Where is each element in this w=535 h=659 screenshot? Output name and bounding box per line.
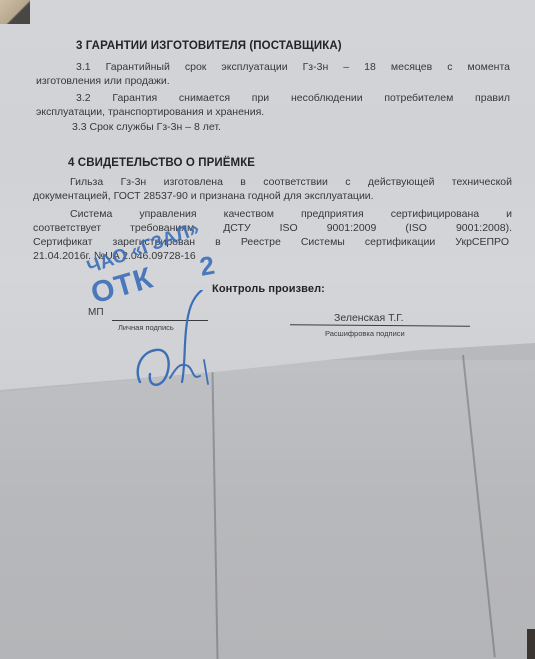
warranty-clause-3-3: 3.3 Срок службы Гз-3н – 8 лет. [72,121,221,133]
acceptance-text-1-cont: документацией, ГОСТ 28537-90 и признана … [33,190,374,202]
warranty-clause-3-2: 3.2 Гарантия снимается при несоблюдении … [76,92,510,104]
warranty-clause-3-2-cont: эксплуатации, транспортирования и хранен… [36,106,264,118]
quality-system-text: Система управления качеством предприятия… [70,208,512,220]
warranty-clause-3-1-cont: изготовления или продажи. [36,75,170,87]
warranty-clause-3-1: 3.1 Гарантийный срок эксплуатации Гз-3н … [76,61,510,73]
certificate-registration-text: Сертификат зарегистрирован в Реестре Сис… [33,236,509,248]
control-label: Контроль произвел: [212,283,325,295]
acceptance-text-1: Гильза Гз-3н изготовлена в соответствии … [70,176,512,188]
document-photo: 3 ГАРАНТИИ ИЗГОТОВИТЕЛЯ (ПОСТАВЩИКА) 3.1… [0,0,535,659]
section-4-title: 4 СВИДЕТЕЛЬСТВО О ПРИЁМКЕ [68,157,255,169]
background-edge [527,629,535,659]
handwritten-signature [130,290,220,390]
section-3-title: 3 ГАРАНТИИ ИЗГОТОВИТЕЛЯ (ПОСТАВЩИКА) [76,40,342,52]
quality-system-text-2: соответствует требованиям ДСТУ ISO 9001:… [33,222,512,234]
background-corner [0,0,30,24]
name-caption: Расшифровка подписи [325,329,405,338]
folded-lower-sheet [0,360,535,659]
inspector-name: Зеленская Т.Г. [334,312,404,324]
